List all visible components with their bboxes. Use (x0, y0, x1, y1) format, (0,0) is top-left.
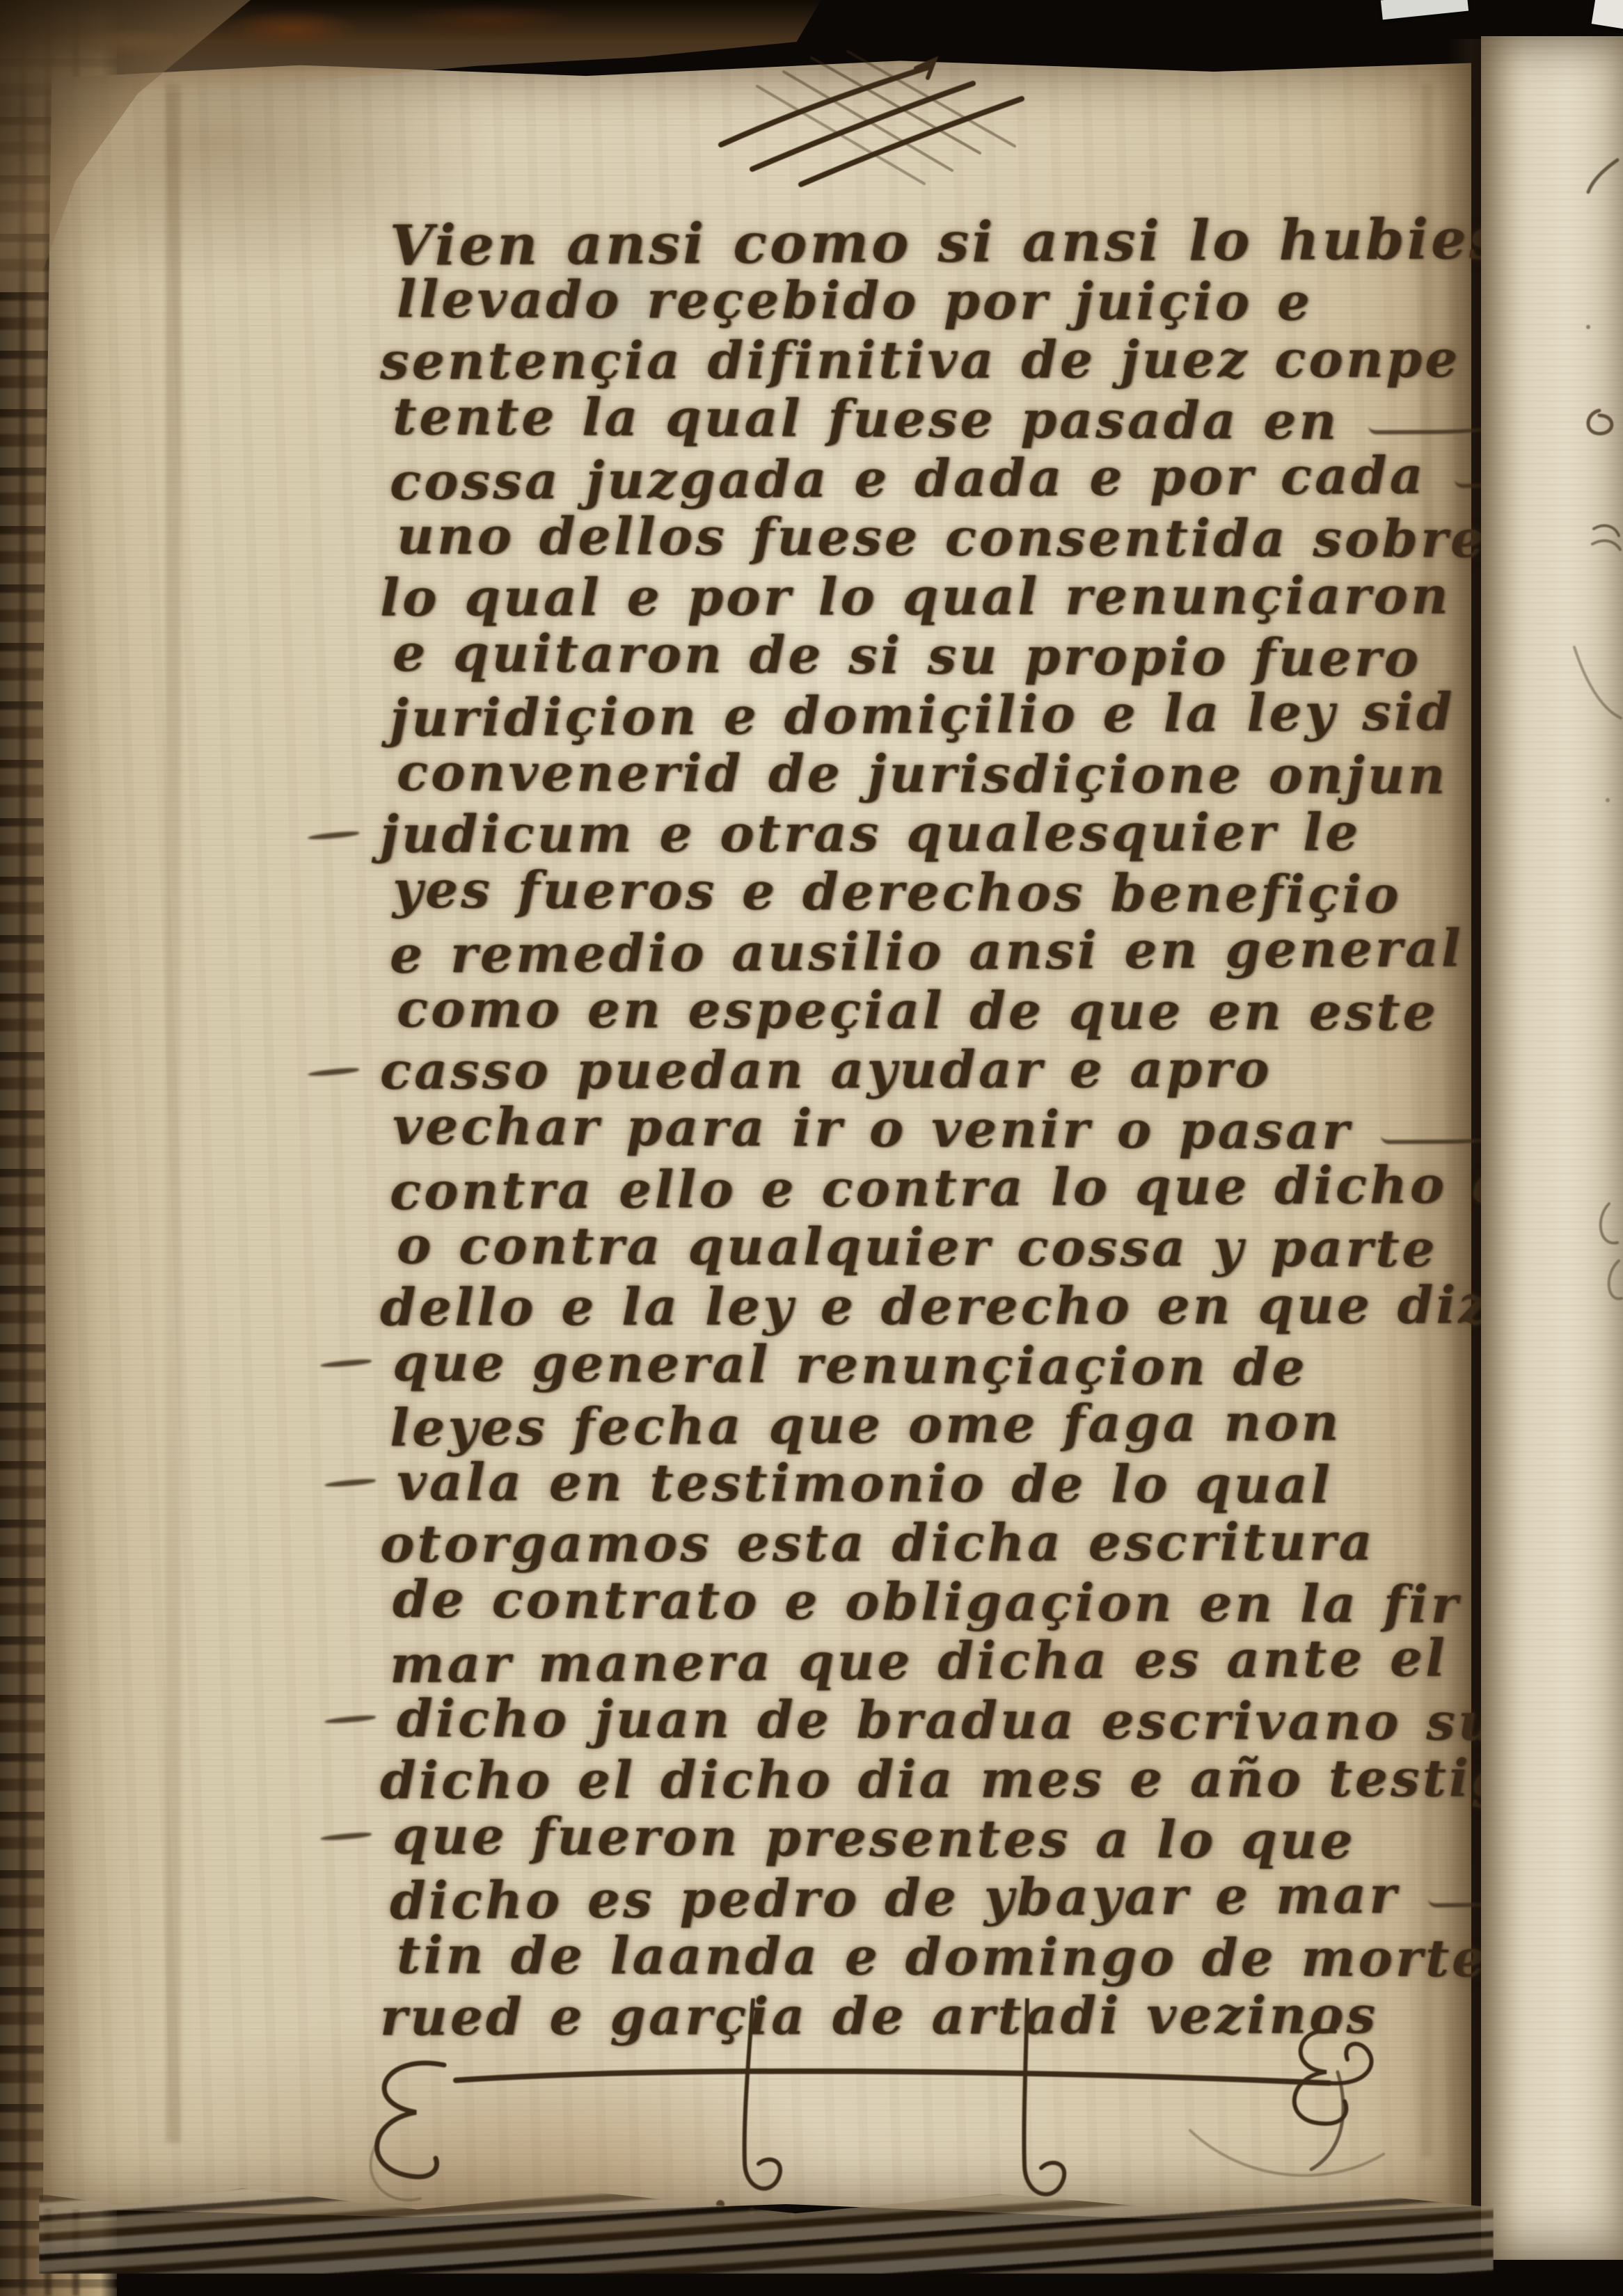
manuscript-line-text: cossa juzgada e dada e por cada (390, 446, 1426, 512)
manuscript-line-text: tin de laanda e domingo de morte (397, 1926, 1487, 1989)
paper-tab (1592, 0, 1623, 29)
manuscript-line: Vien ansi como si ansi lo hubiesen (390, 209, 1489, 276)
manuscript-line: judicum e otras qualesquier le (380, 803, 1480, 864)
manuscript-line: convenerid de jurisdiçione onjun (397, 744, 1496, 806)
manuscript-line-text: dicho el dicho dia mes e año testigos (380, 1748, 1579, 1811)
manuscript-line-text: dello e la ley e derecho en que dize (380, 1275, 1526, 1337)
manuscript-line: dello e la ley e derecho en que dize (380, 1276, 1480, 1337)
manuscript-line-text: dicho juan de bradua escrivano suso (397, 1689, 1567, 1753)
fray-rib (19, 0, 26, 2296)
manuscript-line-text: llevado reçebido por juiçio e (397, 270, 1313, 333)
manuscript-line-text: lo qual e por lo qual renunçiaron (380, 566, 1451, 628)
manuscript-line-text: vechar para ir o venir o pasar (393, 1097, 1352, 1161)
manuscript-line: dicho es pedro de ybayar e mar (390, 1865, 1489, 1931)
manuscript-line-text: e remedio ausilio ansi en general (390, 918, 1464, 984)
manuscript-line: leyes fecha que ome faga non (390, 1392, 1489, 1458)
manuscript-line: dicho juan de bradua escrivano suso (397, 1690, 1496, 1753)
manuscript-line-text: contra ello e contra lo que dicho es (390, 1155, 1539, 1222)
manuscript-line-text: convenerid de jurisdiçione onjun (397, 743, 1448, 806)
manuscript-line-text: como en espeçial de que en este (397, 980, 1439, 1043)
manuscript-line: juridiçion e domiçilio e la ley sid (390, 683, 1489, 749)
manuscript-line: vechar para ir o venir o pasar (393, 1097, 1492, 1162)
manuscript-line-text: vala en testimonio de lo qual (397, 1453, 1333, 1515)
manuscript-line-text: judicum e otras qualesquier le (380, 803, 1361, 865)
manuscript-line: como en espeçial de que en este (397, 980, 1496, 1043)
facing-page-ink-marks (1567, 118, 1623, 1343)
manuscript-line: o contra qualquier cossa y parte (397, 1217, 1496, 1279)
manuscript-line-text: que fueron presentes a lo que (393, 1806, 1356, 1871)
manuscript-line: contra ello e contra lo que dicho es (390, 1156, 1489, 1222)
manuscript-line: uno dellos fuese consentida sobre (397, 507, 1496, 570)
manuscript-line: llevado reçebido por juiçio e (397, 271, 1496, 333)
manuscript-line: casso puedan ayudar e apro (380, 1039, 1480, 1101)
manuscript-line: de contrato e obligaçion en la fir (393, 1570, 1492, 1635)
manuscript-line-text: e quitaron de si su propio fuero (393, 623, 1421, 689)
manuscript-line-text: otorgamos esta dicha escritura (380, 1513, 1375, 1574)
manuscript-line: e quitaron de si su propio fuero (393, 624, 1492, 689)
manuscript-line-text: tente la qual fuese pasada en (393, 387, 1340, 452)
manuscript-line: cossa juzgada e dada e por cada (390, 446, 1489, 512)
crosshatch-mark (707, 40, 1047, 192)
signature-flourish (327, 1998, 1413, 2228)
paper-tab (1381, 0, 1468, 19)
manuscript-line-text: que general renunçiaçion de (393, 1333, 1308, 1398)
manuscript-line-text: Vien ansi como si ansi lo hubiesen (390, 205, 1585, 278)
manuscript-line-text: casso puedan ayudar e apro (380, 1039, 1272, 1101)
manuscript-line: vala en testimonio de lo qual (397, 1453, 1496, 1516)
manuscript-line: que general renunçiaçion de (393, 1334, 1492, 1398)
manuscript-line-text: uno dellos fuese consentida sobre (397, 507, 1486, 570)
manuscript-line-text: dicho es pedro de ybayar e mar (390, 1865, 1400, 1931)
manuscript-line: sentençia difinitiva de juez conpe (380, 330, 1480, 391)
manuscript-line-text: sentençia difinitiva de juez conpe (380, 329, 1460, 391)
manuscript-line-text: juridiçion e domiçilio e la ley sid (390, 682, 1455, 748)
manuscript-photo: Vien ansi como si ansi lo hubiesen lleva… (0, 0, 1623, 2296)
manuscript-text-block: Vien ansi como si ansi lo hubiesen lleva… (390, 213, 1489, 2046)
manuscript-line-text: de contrato e obligaçion en la fir (393, 1570, 1461, 1635)
manuscript-line: que fueron presentes a lo que (393, 1807, 1492, 1872)
manuscript-line: tente la qual fuese pasada en (393, 388, 1492, 452)
manuscript-line-text: o contra qualquier cossa y parte (397, 1216, 1438, 1279)
manuscript-line-text: yes fueros e derechos benefiçio (393, 860, 1402, 925)
manuscript-line-text: leyes fecha que ome faga non (390, 1392, 1342, 1458)
manuscript-line: mar manera que dicha es ante el (390, 1629, 1489, 1695)
manuscript-line: otorgamos esta dicha escritura (380, 1513, 1480, 1574)
manuscript-line-text: mar manera que dicha es ante el (390, 1629, 1448, 1695)
manuscript-line: yes fueros e derechos benefiçio (393, 861, 1492, 925)
manuscript-line: dicho el dicho dia mes e año testigos (380, 1749, 1480, 1810)
manuscript-line: e remedio ausilio ansi en general (390, 919, 1489, 985)
manuscript-line: tin de laanda e domingo de morte (397, 1927, 1496, 1989)
manuscript-line: lo qual e por lo qual renunçiaron (380, 566, 1480, 628)
